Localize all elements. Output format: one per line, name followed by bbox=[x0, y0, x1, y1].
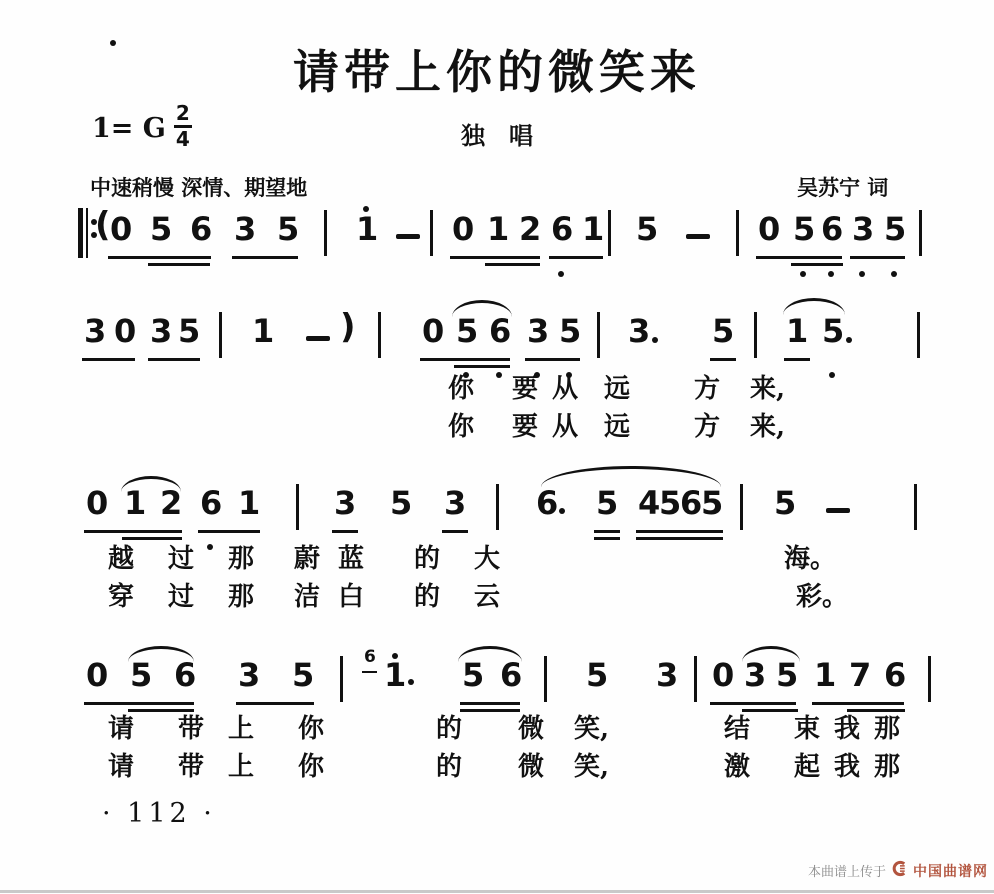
note-digit: 0 bbox=[114, 318, 136, 344]
note-digit: 3 bbox=[444, 490, 466, 516]
note-digit: 3 bbox=[238, 662, 260, 688]
beam-line bbox=[148, 358, 200, 361]
beam-line bbox=[420, 358, 510, 361]
note-digit: 5 bbox=[659, 490, 681, 516]
note-digit: 1 bbox=[814, 662, 836, 688]
note-digit: 3 bbox=[744, 662, 766, 688]
barline bbox=[340, 656, 343, 702]
scan-artifact bbox=[110, 40, 116, 46]
lyric-syllable: 我 bbox=[834, 754, 860, 780]
lyric-syllable: 的 bbox=[414, 584, 440, 610]
note-digit: 5 bbox=[390, 490, 412, 516]
beam-line bbox=[122, 537, 182, 540]
note-digit: 5 bbox=[793, 216, 815, 242]
barline bbox=[544, 656, 547, 702]
beam-line bbox=[84, 702, 194, 705]
music-dot bbox=[846, 337, 852, 343]
rest-dash bbox=[826, 508, 850, 513]
note-digit: 1 bbox=[384, 662, 406, 688]
note-digit: 0 bbox=[758, 216, 780, 242]
lyric-syllable: 方 bbox=[694, 376, 720, 402]
music-dot bbox=[363, 206, 369, 212]
note-digit: 6 bbox=[821, 216, 843, 242]
lyric-syllable: 请 bbox=[108, 716, 134, 742]
beam-line bbox=[460, 702, 520, 705]
beam-line bbox=[460, 709, 520, 712]
lyric-syllable: 那 bbox=[874, 716, 900, 742]
barline bbox=[608, 210, 611, 256]
site-name: 中国曲谱网 bbox=[913, 861, 988, 881]
song-title: 请带上你的微笑来 bbox=[0, 36, 994, 102]
lyric-syllable: 方 bbox=[694, 414, 720, 440]
lyric-syllable: 来, bbox=[750, 376, 785, 402]
note-digit: 5 bbox=[636, 216, 658, 242]
barline bbox=[754, 312, 757, 358]
note-digit: 6 bbox=[190, 216, 212, 242]
note-digit: 3 bbox=[656, 662, 678, 688]
note-digit: 3 bbox=[527, 318, 549, 344]
lyric-syllable: 笑, bbox=[574, 754, 609, 780]
music-dot bbox=[559, 508, 565, 514]
music-dot bbox=[891, 271, 897, 277]
music-symbol: ( bbox=[95, 212, 111, 239]
lyric-syllable: 带 bbox=[178, 716, 204, 742]
lyric-syllable: 大 bbox=[474, 546, 500, 572]
rest-dash bbox=[686, 234, 710, 239]
note-digit: 5 bbox=[774, 490, 796, 516]
slur-arc bbox=[121, 476, 181, 492]
lyric-syllable: 要 bbox=[512, 414, 538, 440]
note-digit: 5 bbox=[130, 662, 152, 688]
note-digit: 2 bbox=[519, 216, 541, 242]
barline bbox=[928, 656, 931, 702]
slur-arc bbox=[541, 466, 721, 487]
beam-line bbox=[710, 358, 736, 361]
lyric-syllable: 蓝 bbox=[338, 546, 364, 572]
note-digit: 3 bbox=[150, 318, 172, 344]
beam-line bbox=[525, 358, 580, 361]
note-digit: 7 bbox=[849, 662, 871, 688]
slur-arc bbox=[452, 300, 512, 317]
music-dot bbox=[859, 271, 865, 277]
page-edge-line bbox=[0, 890, 994, 893]
note-digit: 4 bbox=[638, 490, 660, 516]
note-digit: 3 bbox=[234, 216, 256, 242]
note-digit: 3 bbox=[334, 490, 356, 516]
music-dot bbox=[408, 679, 414, 685]
lyric-syllable: 请 bbox=[108, 754, 134, 780]
lyric-syllable: 那 bbox=[228, 546, 254, 572]
beam-line bbox=[594, 530, 620, 533]
rest-dash bbox=[396, 234, 420, 239]
lyric-syllable: 你 bbox=[448, 376, 474, 402]
note-digit: 5 bbox=[150, 216, 172, 242]
beam-line bbox=[850, 256, 905, 259]
music-dot bbox=[558, 271, 564, 277]
note-digit: 0 bbox=[422, 318, 444, 344]
note-digit: 0 bbox=[712, 662, 734, 688]
lyric-syllable: 从 bbox=[552, 414, 578, 440]
grace-note: 6 bbox=[364, 650, 376, 664]
barline bbox=[917, 312, 920, 358]
lyric-syllable: 微 bbox=[518, 754, 544, 780]
note-digit: 5 bbox=[559, 318, 581, 344]
lyric-syllable: 你 bbox=[298, 716, 324, 742]
page-number: · 112 · bbox=[102, 798, 216, 829]
watermark-footer: 本曲谱上传于 中国曲谱网 bbox=[808, 860, 988, 881]
music-symbol: ) bbox=[340, 314, 356, 341]
lyric-syllable: 云 bbox=[474, 584, 500, 610]
note-digit: 6 bbox=[680, 490, 702, 516]
lyric-syllable: 海。 bbox=[784, 546, 836, 572]
barline bbox=[86, 208, 88, 258]
barline bbox=[740, 484, 743, 530]
note-digit: 5 bbox=[776, 662, 798, 688]
performance-type-label: 独 唱 bbox=[0, 116, 994, 151]
barline bbox=[378, 312, 381, 358]
beam-line bbox=[198, 530, 260, 533]
lyric-syllable: 的 bbox=[414, 546, 440, 572]
note-digit: 5 bbox=[178, 318, 200, 344]
barline bbox=[496, 484, 499, 530]
barline bbox=[736, 210, 739, 256]
music-dot bbox=[800, 271, 806, 277]
beam-line bbox=[236, 702, 314, 705]
note-digit: 2 bbox=[160, 490, 182, 516]
note-digit: 5 bbox=[884, 216, 906, 242]
beam-line bbox=[108, 256, 211, 259]
note-digit: 5 bbox=[456, 318, 478, 344]
lyric-syllable: 过 bbox=[168, 546, 194, 572]
note-digit: 5 bbox=[277, 216, 299, 242]
lyric-syllable: 起 bbox=[794, 754, 820, 780]
beam-line bbox=[454, 365, 510, 368]
lyric-syllable: 微 bbox=[518, 716, 544, 742]
note-digit: 1 bbox=[582, 216, 604, 242]
beam-line bbox=[756, 256, 842, 259]
beam-line bbox=[362, 671, 377, 673]
tempo-expression-marking: 中速稍慢 深情、期望地 bbox=[90, 172, 307, 202]
note-digit: 5 bbox=[586, 662, 608, 688]
note-digit: 1 bbox=[238, 490, 260, 516]
lyric-syllable: 结 bbox=[724, 716, 750, 742]
lyric-syllable: 上 bbox=[228, 716, 254, 742]
beam-line bbox=[549, 256, 603, 259]
lyric-syllable: 你 bbox=[448, 414, 474, 440]
note-digit: 5 bbox=[701, 490, 723, 516]
barline bbox=[324, 210, 327, 256]
lyric-syllable: 从 bbox=[552, 376, 578, 402]
note-digit: 1 bbox=[252, 318, 274, 344]
site-logo-icon bbox=[891, 860, 908, 881]
lyric-syllable: 的 bbox=[436, 716, 462, 742]
lyric-syllable: 束 bbox=[794, 716, 820, 742]
note-digit: 6 bbox=[500, 662, 522, 688]
barline bbox=[914, 484, 917, 530]
beam-line bbox=[128, 709, 194, 712]
music-dot bbox=[496, 372, 502, 378]
lyric-syllable: 要 bbox=[512, 376, 538, 402]
beam-line bbox=[791, 263, 843, 266]
lyric-syllable: 的 bbox=[436, 754, 462, 780]
slur-arc bbox=[458, 646, 522, 662]
beam-line bbox=[450, 256, 540, 259]
lyric-syllable: 来, bbox=[750, 414, 785, 440]
note-digit: 3 bbox=[852, 216, 874, 242]
note-digit: 6 bbox=[884, 662, 906, 688]
note-digit: 1 bbox=[124, 490, 146, 516]
beam-line bbox=[636, 530, 723, 533]
beam-line bbox=[82, 358, 135, 361]
barline bbox=[296, 484, 299, 530]
note-digit: 5 bbox=[596, 490, 618, 516]
rest-dash bbox=[306, 336, 330, 341]
note-digit: 3 bbox=[84, 318, 106, 344]
note-digit: 5 bbox=[292, 662, 314, 688]
note-digit: 6 bbox=[551, 216, 573, 242]
barline bbox=[694, 656, 697, 702]
note-digit: 1 bbox=[356, 216, 378, 242]
lyric-syllable: 那 bbox=[228, 584, 254, 610]
lyric-syllable: 上 bbox=[228, 754, 254, 780]
note-digit: 5 bbox=[712, 318, 734, 344]
lyric-syllable: 带 bbox=[178, 754, 204, 780]
lyric-syllable: 笑, bbox=[574, 716, 609, 742]
lyric-syllable: 我 bbox=[834, 716, 860, 742]
beam-line bbox=[636, 537, 723, 540]
music-dot bbox=[392, 653, 398, 659]
lyric-syllable: 白 bbox=[338, 584, 364, 610]
beam-line bbox=[148, 263, 210, 266]
lyric-syllable: 过 bbox=[168, 584, 194, 610]
music-dot bbox=[652, 337, 658, 343]
lyric-syllable: 洁 bbox=[294, 584, 320, 610]
barline bbox=[597, 312, 600, 358]
lyric-syllable: 远 bbox=[604, 376, 630, 402]
lyric-syllable: 彩。 bbox=[796, 584, 848, 610]
beam-line bbox=[84, 530, 182, 533]
barline bbox=[919, 210, 922, 256]
note-digit: 0 bbox=[452, 216, 474, 242]
note-digit: 5 bbox=[822, 318, 844, 344]
barline bbox=[430, 210, 433, 256]
note-digit: 6 bbox=[536, 490, 558, 516]
beam-line bbox=[594, 537, 620, 540]
note-digit: 0 bbox=[86, 490, 108, 516]
note-digit: 5 bbox=[462, 662, 484, 688]
lyric-syllable: 远 bbox=[604, 414, 630, 440]
beam-line bbox=[784, 358, 810, 361]
sheet-music-page: 请带上你的微笑来 1= G24 独 唱 中速稍慢 深情、期望地 吴苏宁 词 (0… bbox=[0, 0, 994, 894]
note-digit: 1 bbox=[786, 318, 808, 344]
note-digit: 0 bbox=[86, 662, 108, 688]
slur-arc bbox=[742, 646, 800, 662]
note-digit: 3 bbox=[628, 318, 650, 344]
note-digit: 1 bbox=[487, 216, 509, 242]
barline bbox=[219, 312, 222, 358]
lyric-syllable: 蔚 bbox=[294, 546, 320, 572]
beam-line bbox=[442, 530, 468, 533]
slur-arc bbox=[128, 646, 194, 662]
note-digit: 0 bbox=[110, 216, 132, 242]
slur-arc bbox=[783, 298, 845, 315]
lyric-syllable: 激 bbox=[724, 754, 750, 780]
beam-line bbox=[710, 702, 796, 705]
lyric-syllable: 那 bbox=[874, 754, 900, 780]
beam-line bbox=[847, 709, 905, 712]
music-dot bbox=[207, 544, 213, 550]
music-dot bbox=[828, 271, 834, 277]
upload-note: 本曲谱上传于 bbox=[808, 861, 886, 880]
barline bbox=[78, 208, 83, 258]
beam-line bbox=[812, 702, 904, 705]
note-digit: 6 bbox=[200, 490, 222, 516]
lyric-syllable: 你 bbox=[298, 754, 324, 780]
lyric-syllable: 穿 bbox=[108, 584, 134, 610]
note-digit: 6 bbox=[174, 662, 196, 688]
beam-line bbox=[742, 709, 798, 712]
note-digit: 6 bbox=[489, 318, 511, 344]
beam-line bbox=[232, 256, 298, 259]
beam-line bbox=[485, 263, 540, 266]
music-dot bbox=[829, 372, 835, 378]
lyric-syllable: 越 bbox=[108, 546, 134, 572]
lyricist-credit: 吴苏宁 词 bbox=[797, 172, 888, 202]
beam-line bbox=[332, 530, 358, 533]
